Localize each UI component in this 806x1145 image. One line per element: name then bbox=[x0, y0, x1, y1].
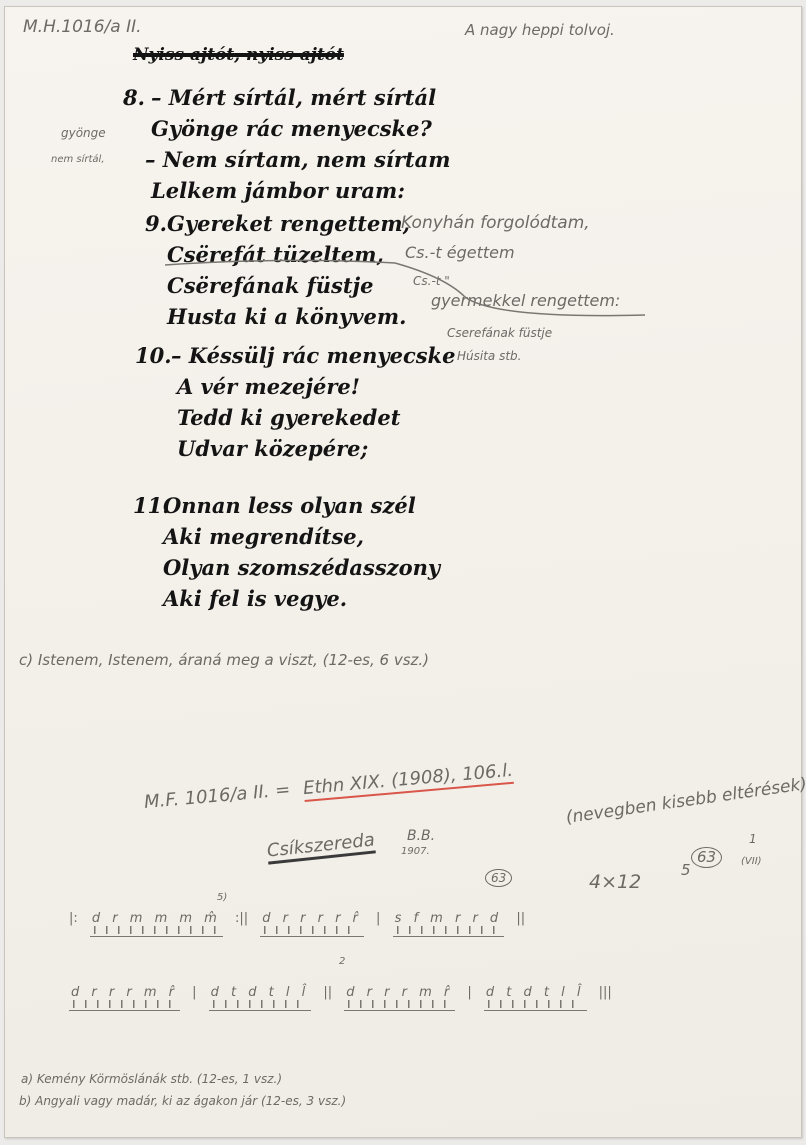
solfa-measure: d r m m m m̂ bbox=[90, 911, 223, 937]
reference-note: (nevegben kisebb eltérések) bbox=[565, 776, 806, 827]
margin-note: nem sírtál, bbox=[51, 155, 105, 165]
verse-line: Udvar közepére; bbox=[135, 438, 455, 469]
solfa-measure: d t d t l l̂ bbox=[484, 985, 587, 1011]
stanza-8: 8.– Mért sírtál, mért sírtál Gyönge rác … bbox=[123, 87, 450, 211]
verse-line: Onnan less olyan szél bbox=[163, 493, 416, 518]
verse-line: Aki fel is vegye. bbox=[133, 588, 440, 619]
fraction-bottom: (VII) bbox=[741, 857, 762, 867]
solfa-row-1: |: d r m m m m̂ :|| d r r r r r̂ | s f m… bbox=[61, 911, 533, 937]
stanza-11: 11.Onnan less olyan szél Aki megrendítse… bbox=[133, 495, 440, 619]
verse-line: – Nem sírtam, nem sírtam bbox=[123, 149, 450, 180]
stanza-10: 10.– Késsülj rác menyecske A vér mezejér… bbox=[135, 345, 455, 469]
variant-note: Cserefának füstje bbox=[447, 327, 552, 339]
variant-b: b) Angyali vagy madár, ki az ágakon jár … bbox=[19, 1095, 346, 1107]
reference-line: M.F. 1016/a II. = Ethn XIX. (1908), 106.… bbox=[143, 761, 513, 812]
fraction-top: 1 bbox=[749, 833, 757, 845]
solfa-measure: d t d t l l̂ bbox=[209, 985, 312, 1011]
stanza-number: 10. bbox=[135, 345, 171, 366]
solfa-mark: 2 bbox=[339, 957, 345, 967]
circled-prefix: 5 bbox=[681, 863, 691, 878]
stanza-number: 9. bbox=[145, 213, 167, 234]
verse-line: – Mért sírtál, mért sírtál bbox=[151, 85, 436, 110]
verse-line: A vér mezejére! bbox=[135, 376, 455, 407]
format-count: 4×12 bbox=[589, 873, 641, 892]
reference-prefix: M.F. 1016/a II. = bbox=[143, 779, 291, 813]
solfa-measure: s f m r r d bbox=[393, 911, 505, 937]
verse-line: Gyereket rengettem, bbox=[167, 211, 410, 236]
solfa-measure: d r r r m r̂ bbox=[69, 985, 180, 1011]
solfa-label: 5) bbox=[217, 893, 227, 903]
insertion-line bbox=[165, 257, 665, 327]
collector-initials: B.B. bbox=[407, 829, 435, 843]
reference-source: Ethn XIX. (1908), 106.l. bbox=[302, 760, 514, 802]
verse-line: Aki megrendítse, bbox=[133, 526, 440, 557]
struck-heading: Nyiss ajtót, nyiss ajtót bbox=[133, 47, 344, 64]
variant-a: a) Kemény Körmöslánák stb. (12-es, 1 vsz… bbox=[21, 1073, 282, 1085]
verse-line: Tedd ki gyerekedet bbox=[135, 407, 455, 438]
collection-year: 1907. bbox=[401, 847, 430, 857]
stanza-number: 8. bbox=[123, 87, 151, 108]
variant-note: Húsita stb. bbox=[457, 350, 521, 362]
variant-note: Konyhán forgolódtam, bbox=[401, 215, 590, 232]
circled-number: 63 bbox=[485, 869, 512, 887]
margin-note: gyönge bbox=[61, 127, 106, 139]
solfa-measure: d r r r m r̂ bbox=[344, 985, 455, 1011]
collector-place: Csíkszereda bbox=[266, 831, 376, 864]
verse-line: Lelkem jámbor uram: bbox=[123, 180, 450, 211]
verse-line: Gyönge rác menyecske? bbox=[123, 118, 450, 149]
solfa-row-2: d r r r m r̂ | d t d t l l̂ || d r r r m… bbox=[69, 985, 620, 1011]
top-right-note: A nagy heppi tolvoj. bbox=[465, 23, 615, 38]
verse-line: – Késsülj rác menyecske bbox=[171, 343, 455, 368]
solfa-measure: d r r r r r̂ bbox=[260, 911, 364, 937]
verse-line: Olyan szomszédasszony bbox=[133, 557, 440, 588]
circled-number: 63 bbox=[691, 847, 722, 868]
stanza-number: 11. bbox=[133, 495, 163, 516]
manuscript-sheet: M.H.1016/a II. A nagy heppi tolvoj. Nyis… bbox=[4, 6, 802, 1138]
shelfmark: M.H.1016/a II. bbox=[23, 19, 142, 36]
variant-c: c) Istenem, Istenem, áraná meg a viszt, … bbox=[19, 653, 429, 668]
